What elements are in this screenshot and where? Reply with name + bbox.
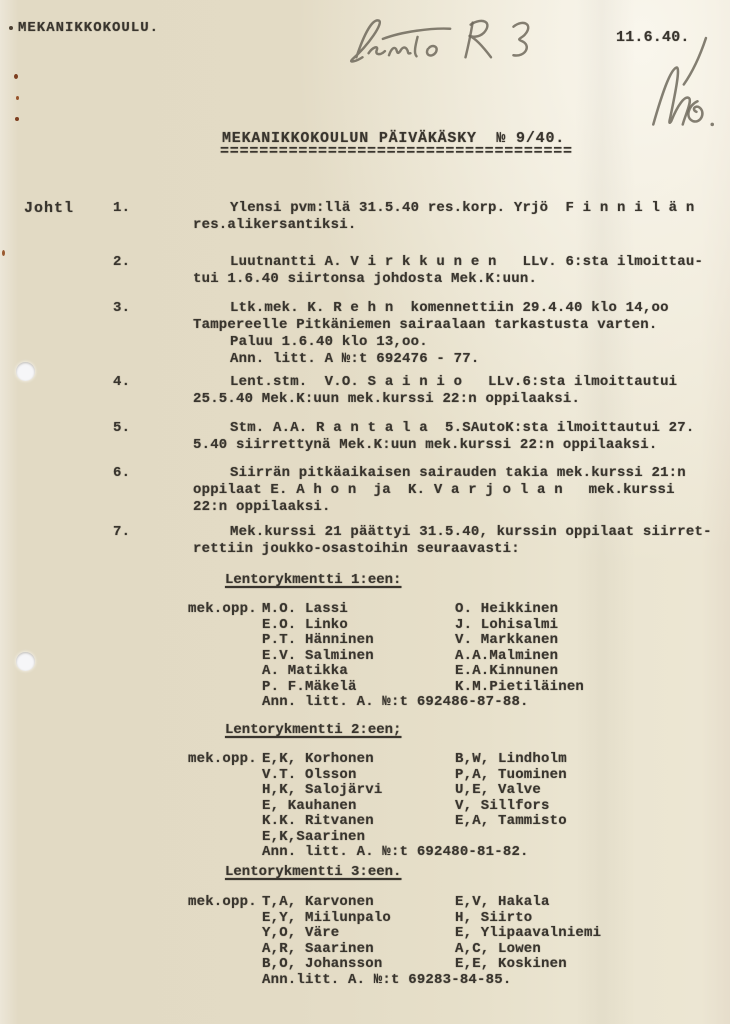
- roster-ann-line: Ann. litt. A. №:t 692486-87-88.: [188, 695, 584, 711]
- roster-row: A,R, SaarinenA,C, Lowen: [188, 942, 601, 958]
- title-underline: ====================================: [220, 143, 573, 160]
- item-line: 5.40 siirrettynä Mek.K:uun mek.kurssi 22…: [193, 437, 730, 454]
- item-line: 22:n oppilaaksi.: [193, 499, 730, 516]
- item-number: 3.: [113, 300, 130, 316]
- signature-monogram: [630, 36, 725, 136]
- item-line: Ylensi pvm:llä 31.5.40 res.korp. Yrjö F …: [193, 200, 730, 217]
- order-item-1: 1. Ylensi pvm:llä 31.5.40 res.korp. Yrjö…: [0, 200, 730, 234]
- roster-row: mek.opp.M.O. LassiO. Heikkinen: [188, 602, 584, 618]
- roster-row: E, KauhanenV, Sillfors: [188, 799, 567, 815]
- item-line: Mek.kurssi 21 päättyi 31.5.40, kurssin o…: [193, 524, 730, 541]
- roster-row: mek.opp.T,A, KarvonenE,V, Hakala: [188, 895, 601, 911]
- roster-row: mek.opp.E,K, KorhonenB,W, Lindholm: [188, 752, 567, 768]
- item-line: Tampereelle Pitkäniemen sairaalaan tarka…: [193, 317, 730, 334]
- group-roster-3: mek.opp.T,A, KarvonenE,V, Hakala E,Y, Mi…: [188, 895, 601, 988]
- group-roster-2: mek.opp.E,K, KorhonenB,W, Lindholm V.T. …: [188, 752, 567, 861]
- order-item-6: 6. Siirrän pitkäaikaisen sairauden takia…: [0, 465, 730, 516]
- roster-prefix: mek.opp.: [188, 602, 262, 618]
- roster-row: P. F.MäkeläK.M.Pietiläinen: [188, 680, 584, 696]
- group-header-lentorykmentti-1: Lentorykmentti 1:een:: [225, 572, 401, 588]
- roster-row: K.K. RitvanenE,A, Tammisto: [188, 814, 567, 830]
- order-item-5: 5. Stm. A.A. R a n t a l a 5.SAutoK:sta …: [0, 420, 730, 454]
- item-line: res.alikersantiksi.: [193, 217, 730, 234]
- unit-name: MEKANIKKOKOULU.: [18, 20, 159, 36]
- item-number: 1.: [113, 200, 130, 216]
- group-header-lentorykmentti-2: Lentorykmentti 2:een;: [225, 722, 401, 738]
- item-number: 6.: [113, 465, 130, 481]
- item-number: 5.: [113, 420, 130, 436]
- handwritten-note: Lento R 3: [338, 12, 593, 79]
- roster-ann-line: Ann.litt. A. №:t 69283-84-85.: [188, 973, 601, 989]
- item-line: tui 1.6.40 siirtonsa johdosta Mek.K:uun.: [193, 271, 730, 288]
- order-item-3: 3. Ltk.mek. K. R e h n komennettiin 29.4…: [0, 300, 730, 368]
- item-line: 25.5.40 Mek.K:uun mek.kurssi 22:n oppila…: [193, 391, 730, 408]
- roster-row: P.T. HänninenV. Markkanen: [188, 633, 584, 649]
- item-line: Siirrän pitkäaikaisen sairauden takia me…: [193, 465, 730, 482]
- group-header-lentorykmentti-3: Lentorykmentti 3:een.: [225, 864, 401, 880]
- order-item-2: 2. Luutnantti A. V i r k k u n e n LLv. …: [0, 254, 730, 288]
- roster-row: V.T. OlssonP,A, Tuominen: [188, 768, 567, 784]
- item-line: oppilaat E. A h o n ja K. V a r j o l a …: [193, 482, 730, 499]
- signature: [630, 36, 725, 141]
- roster-prefix: mek.opp.: [188, 752, 262, 768]
- roster-ann-line: Ann. litt. A. №:t 692480-81-82.: [188, 845, 567, 861]
- item-line: Ltk.mek. K. R e h n komennettiin 29.4.40…: [193, 300, 730, 317]
- order-item-7: 7. Mek.kurssi 21 päättyi 31.5.40, kurssi…: [0, 524, 730, 558]
- paper-speck: [9, 26, 13, 30]
- roster-row: B,O, JohanssonE,E, Koskinen: [188, 957, 601, 973]
- hole-punch-bottom: [16, 652, 35, 671]
- item-line: Stm. A.A. R a n t a l a 5.SAutoK:sta ilm…: [193, 420, 730, 437]
- roster-row: E.V. SalminenA.A.Malminen: [188, 649, 584, 665]
- item-line: Ann. litt. A №:t 692476 - 77.: [193, 351, 730, 368]
- roster-row: A. MatikkaE.A.Kinnunen: [188, 664, 584, 680]
- roster-row: E,K,Saarinen: [188, 830, 567, 846]
- group-roster-1: mek.opp.M.O. LassiO. Heikkinen E.O. Link…: [188, 602, 584, 711]
- roster-row: H,K, SalojärviU,E, Valve: [188, 783, 567, 799]
- rust-speck: [16, 96, 19, 100]
- roster-prefix: mek.opp.: [188, 895, 262, 911]
- item-line: Lent.stm. V.O. S a i n i o LLv.6:sta ilm…: [193, 374, 730, 391]
- order-item-4: 4. Lent.stm. V.O. S a i n i o LLv.6:sta …: [0, 374, 730, 408]
- roster-row: E.O. LinkoJ. Lohisalmi: [188, 618, 584, 634]
- rust-speck: [15, 117, 19, 121]
- rust-speck: [14, 74, 18, 79]
- item-line: Luutnantti A. V i r k k u n e n LLv. 6:s…: [193, 254, 730, 271]
- handwriting-strokes: [338, 12, 593, 74]
- item-line: Paluu 1.6.40 klo 13,oo.: [193, 334, 730, 351]
- item-number: 7.: [113, 524, 130, 540]
- item-number: 2.: [113, 254, 130, 270]
- roster-row: E,Y, MiilunpaloH, Siirto: [188, 911, 601, 927]
- roster-row: Y,O, VäreE, Ylipaavalniemi: [188, 926, 601, 942]
- item-number: 4.: [113, 374, 130, 390]
- item-line: rettiin joukko-osastoihin seuraavasti:: [193, 541, 730, 558]
- scanned-document-page: MEKANIKKOKOULU. Lento R 3 11.6.40. MEKAN…: [0, 0, 730, 1024]
